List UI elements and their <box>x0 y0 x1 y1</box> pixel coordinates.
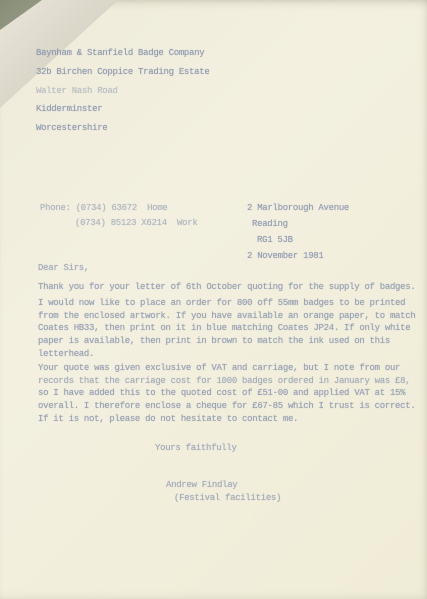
sender-address: Baynham & Stanfield Badge Company 32b Bi… <box>36 44 209 138</box>
recipient-line: Reading <box>252 216 349 232</box>
sender-line: Baynham & Stanfield Badge Company <box>36 44 209 63</box>
salutation: Dear Sirs, <box>38 263 89 273</box>
phone-home-line: Phone: (0734) 63672 Home <box>40 201 197 216</box>
phone-numbers: Phone: (0734) 63672 Home (0734) 85123 X6… <box>40 201 197 231</box>
recipient-line: 2 Marlborough Avenue <box>247 200 349 216</box>
body-line: If it is not, please do not hesitate to … <box>38 413 415 426</box>
body-line: I would now like to place an order for 8… <box>38 297 415 310</box>
body-line: records that the carriage cost for 1000 … <box>38 375 415 388</box>
sender-line: Walter Nash Road <box>36 82 209 101</box>
recipient-line: RG1 5JB <box>257 232 349 248</box>
body-line: letterhead. <box>38 348 415 361</box>
body-line: Thank you for your letter of 6th October… <box>38 281 415 294</box>
sender-line: Worcestershire <box>36 119 209 138</box>
closing-valediction: Yours faithfully <box>155 443 237 453</box>
body-line: overall. I therefore enclose a cheque fo… <box>38 400 415 413</box>
sender-line: 32b Birchen Coppice Trading Estate <box>36 63 209 82</box>
body-line: so I have added this to the quoted cost … <box>38 387 415 400</box>
letter-date: 2 November 1981 <box>247 248 349 264</box>
paragraph-2: I would now like to place an order for 8… <box>38 297 415 361</box>
paragraph-3: Your quote was given exclusive of VAT an… <box>38 362 415 426</box>
signature-name: Andrew Findlay <box>166 480 237 490</box>
sender-line: Kidderminster <box>36 100 209 119</box>
signature-organisation: (Festival facilities) <box>174 493 281 503</box>
phone-work-line: (0734) 85123 X6214 Work <box>75 216 197 231</box>
letter-scan: Baynham & Stanfield Badge Company 32b Bi… <box>0 0 427 599</box>
body-line: Your quote was given exclusive of VAT an… <box>38 362 415 375</box>
paragraph-1: Thank you for your letter of 6th October… <box>38 281 415 294</box>
body-line: from the enclosed artwork. If you have a… <box>38 310 415 323</box>
recipient-address: 2 Marlborough Avenue Reading RG1 5JB 2 N… <box>247 200 349 264</box>
body-line: Coates HB33, then print on it in blue ma… <box>38 322 415 335</box>
body-line: paper is available, then print in brown … <box>38 335 415 348</box>
